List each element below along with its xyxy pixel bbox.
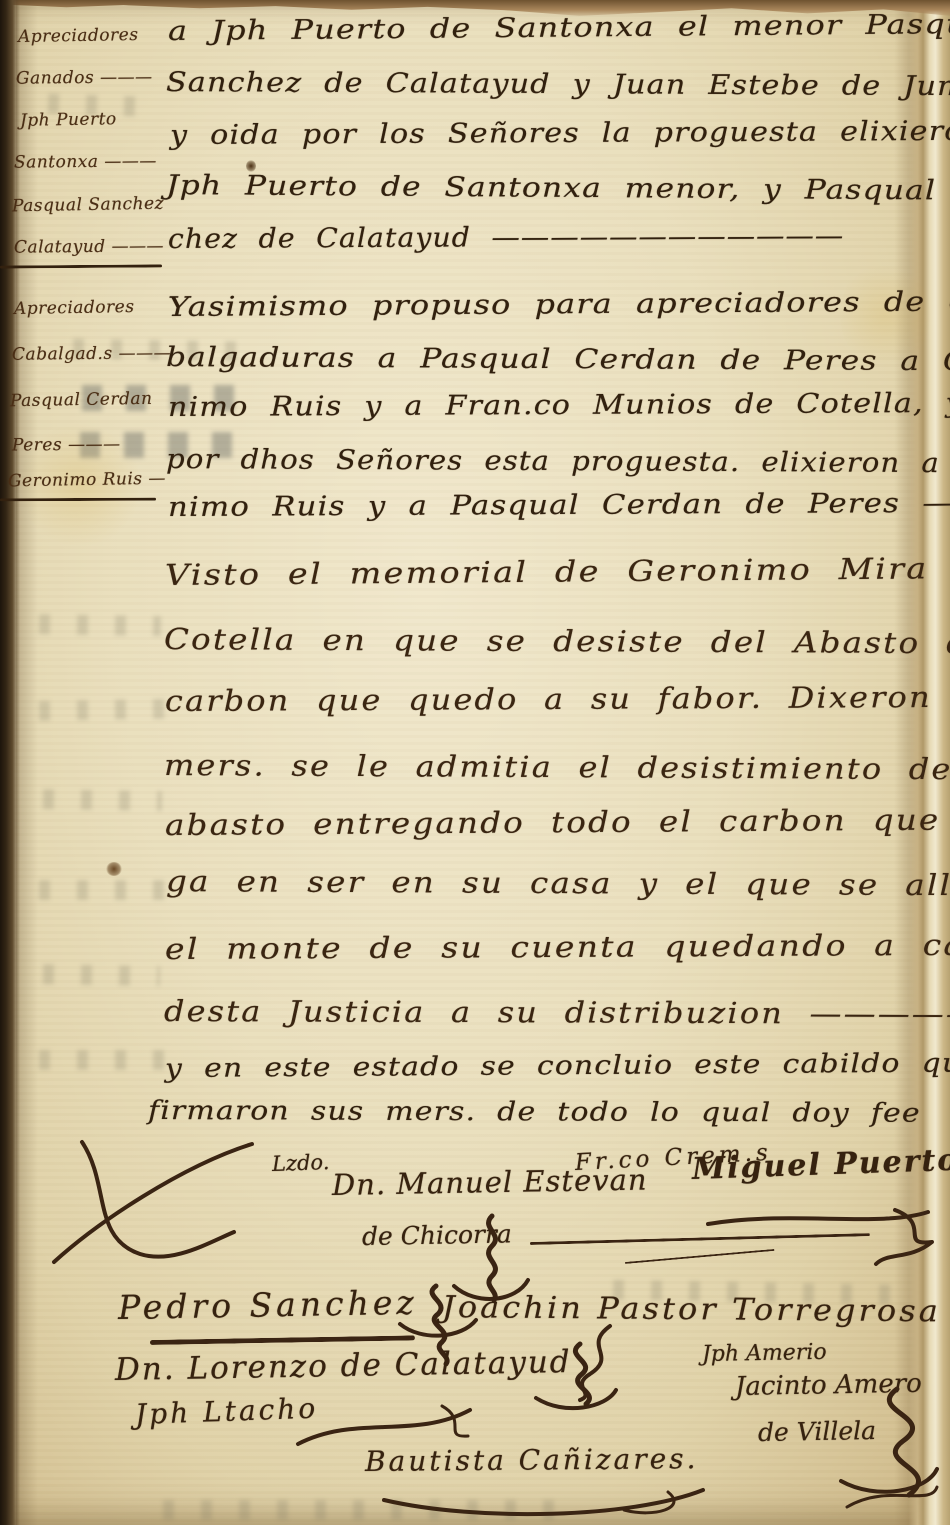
- canizares-swash: [378, 1482, 713, 1524]
- body-line: firmaron sus mers. de todo lo qual doy f…: [148, 1096, 921, 1129]
- foxing-stain: [106, 862, 122, 876]
- margin-note: Geronimo Ruis —: [8, 469, 166, 492]
- margin-note: Calatayud ———: [14, 236, 164, 257]
- body-line: y en este estado se concluio este cabild…: [165, 1048, 950, 1084]
- body-line: y oida por los Señores la proguesta elix…: [170, 116, 950, 151]
- margin-note: Pasqual Cerdan: [10, 389, 153, 411]
- signature-licenciado-abbrev: Lzdo.: [272, 1150, 330, 1176]
- body-line: el monte de su cuenta quedando a cargo: [165, 927, 950, 966]
- signature-jph-amerio: Jph Amerio: [702, 1340, 827, 1367]
- signature-lorenzo-calatayud: Dn. Lorenzo de Calatayud: [115, 1344, 572, 1388]
- margin-note: Pasqual Sanchez: [12, 194, 164, 217]
- body-line: carbon que quedo a su fabor. Dixeron sus: [165, 680, 950, 718]
- body-line: Jph Puerto de Santonxa menor, y Pasqual …: [166, 170, 950, 207]
- body-line: a Jph Puerto de Santonxa el menor Pasqua…: [168, 9, 950, 47]
- body-line: abasto entregando todo el carbon que ten: [165, 802, 950, 842]
- body-line: ga en ser en su casa y el que se alla en: [166, 864, 950, 903]
- showthrough-ghost: [26, 614, 161, 636]
- body-line: Visto el memorial de Geronimo Mira de: [165, 551, 950, 592]
- showthrough-ghost: [30, 789, 162, 811]
- body-line: mers. se le admitia el desistimiento de …: [164, 748, 950, 787]
- body-line: nimo Ruis y a Fran.co Munios de Cotella,…: [168, 387, 950, 423]
- margin-note: Apreciadores: [14, 297, 135, 319]
- body-line: Yasimismo propuso para apreciadores de c…: [168, 286, 950, 323]
- margin-note: Ganados ———: [16, 67, 153, 88]
- binding-crease: [16, 0, 38, 1525]
- villela-grand-rubric: [835, 1385, 943, 1513]
- showthrough-ghost: [30, 964, 160, 986]
- margin-rule: [0, 264, 162, 268]
- showthrough-ghost: [26, 880, 166, 900]
- margin-note: Peres ———: [12, 435, 121, 456]
- calatayud-rubric: [530, 1340, 620, 1420]
- pedro-sanchez-rubric: [150, 1335, 415, 1345]
- margin-note: Jph Puerto: [20, 109, 117, 131]
- showthrough-ghost: [26, 1050, 164, 1070]
- signature-joachin-pastor: Joachin Pastor Torregrosa: [442, 1290, 941, 1329]
- signature-pedro-sanchez: Pedro Sanchez: [118, 1283, 418, 1327]
- margin-note: Apreciadores: [18, 25, 139, 47]
- margin-note: Cabalgad.s ———: [12, 343, 171, 364]
- margin-rule: [0, 498, 156, 502]
- signature-bautista-canizares: Bautista Cañizares.: [365, 1442, 699, 1478]
- body-line: Sanchez de Calatayud y Juan Estebe de Ju…: [166, 67, 950, 102]
- body-line: nimo Ruis y a Pasqual Cerdan de Peres ——…: [168, 488, 950, 523]
- margin-note: Santonxa ———: [14, 151, 157, 172]
- manuscript-page: Apreciadores Ganados ——— Jph Puerto Sant…: [0, 0, 950, 1525]
- body-line: chez de Calatayud ————————————: [168, 220, 844, 255]
- body-line: por dhos Señores esta proguesta. elixier…: [166, 444, 950, 480]
- paraph-x-flourish: [48, 1136, 258, 1266]
- showthrough-ghost: [26, 699, 166, 721]
- body-line: balgaduras a Pasqual Cerdan de Peres a G…: [166, 342, 950, 377]
- body-line: desta Justicia a su distribuzion —————: [164, 994, 950, 1031]
- body-line: Cotella en que se desiste del Abasto del: [164, 622, 950, 660]
